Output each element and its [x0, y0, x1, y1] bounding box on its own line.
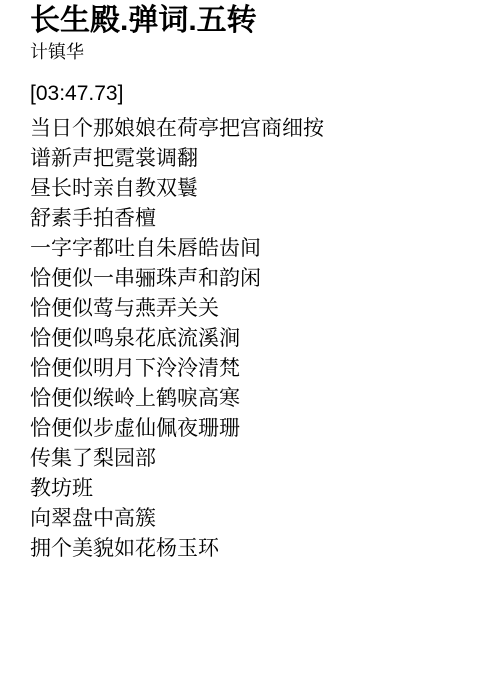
- lyric-line: 传集了梨园部: [30, 444, 480, 474]
- lyric-line: 舒素手拍香檀: [30, 204, 480, 234]
- lyric-line: 当日个那娘娘在荷亭把宫商细按: [30, 114, 480, 144]
- lyrics-list: 当日个那娘娘在荷亭把宫商细按 谱新声把霓裳调翻 昼长时亲自教双鬟 舒素手拍香檀 …: [30, 114, 480, 564]
- lyric-line: 一字字都吐自朱唇皓齿间: [30, 234, 480, 264]
- lyric-line: 恰便似步虚仙佩夜珊珊: [30, 414, 480, 444]
- lyric-line: 拥个美貌如花杨玉环: [30, 534, 480, 564]
- lyric-line: 教坊班: [30, 474, 480, 504]
- lyric-line: 谱新声把霓裳调翻: [30, 144, 480, 174]
- lyrics-page: 长生殿.弹词.五转 计镇华 [03:47.73] 当日个那娘娘在荷亭把宫商细按 …: [0, 0, 500, 564]
- lyric-line: 恰便似缑岭上鹤唳高寒: [30, 384, 480, 414]
- lyric-line: 昼长时亲自教双鬟: [30, 174, 480, 204]
- lyric-line: 恰便似明月下泠泠清梵: [30, 354, 480, 384]
- lyric-line: 恰便似莺与燕弄关关: [30, 294, 480, 324]
- lyric-timestamp: [03:47.73]: [30, 82, 480, 106]
- lyric-line: 恰便似一串骊珠声和韵闲: [30, 264, 480, 294]
- song-title: 长生殿.弹词.五转: [30, 2, 480, 40]
- lyric-line: 向翠盘中高簇: [30, 504, 480, 534]
- lyric-line: 恰便似鸣泉花底流溪涧: [30, 324, 480, 354]
- artist-name: 计镇华: [30, 40, 480, 64]
